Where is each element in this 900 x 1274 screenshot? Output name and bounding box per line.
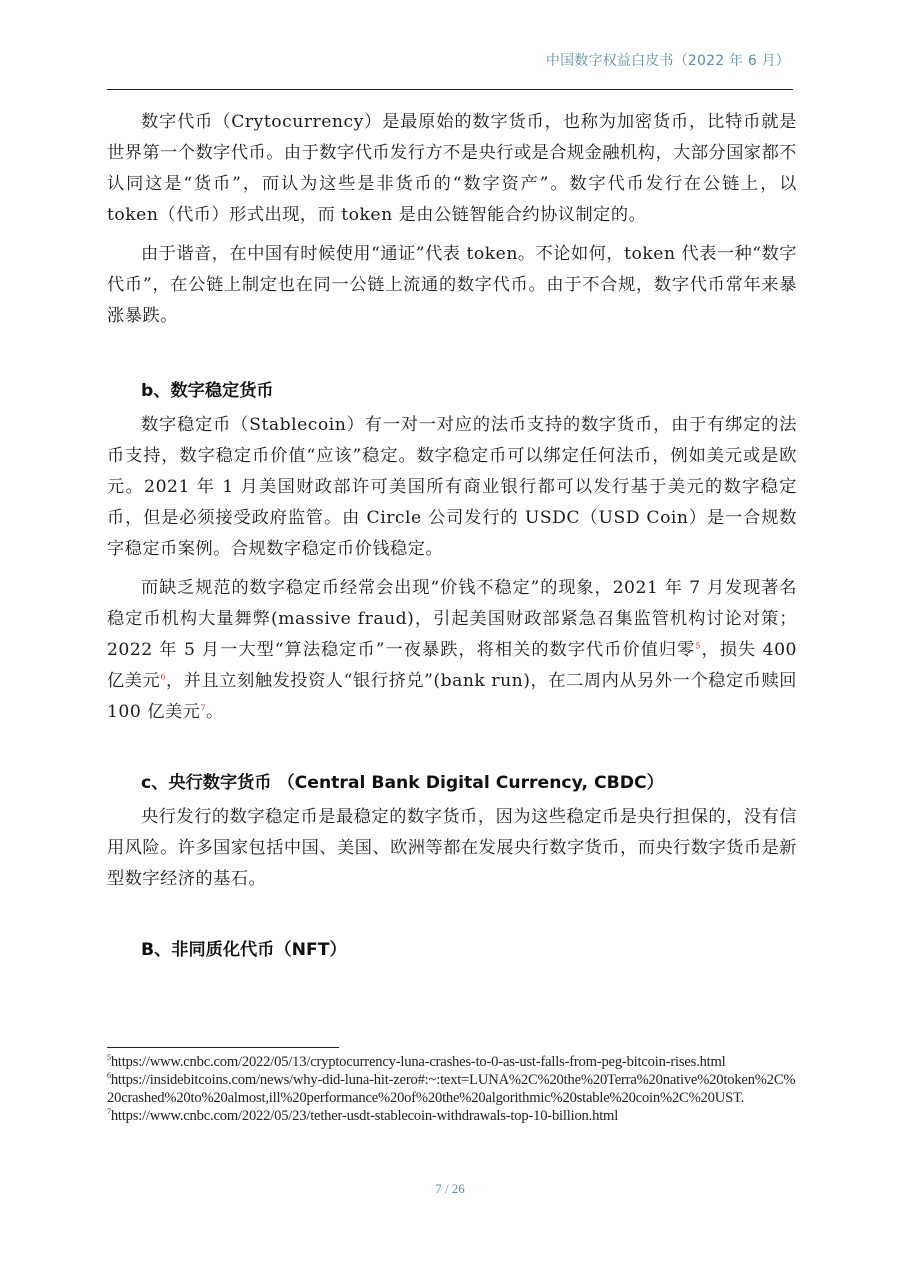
section-heading-cbdc: c、央行数字货币 （Central Bank Digital Currency,… — [107, 768, 797, 799]
paragraph-crypto-token: 由于谐音，在中国有时候使用“通证”代表 token。不论如何，token 代表一… — [107, 239, 797, 332]
footnote-5: 5https://www.cnbc.com/2022/05/13/cryptoc… — [107, 1053, 797, 1071]
header-divider — [107, 89, 793, 90]
page-number: 7 / 26 — [0, 1181, 900, 1197]
paragraph-crypto-definition: 数字代币（Crytocurrency）是最原始的数字货币，也称为加密货币，比特币… — [107, 107, 797, 231]
document-header-title: 中国数字权益白皮书（2022 年 6 月） — [546, 50, 790, 70]
section-heading-nft: B、非同质化代币（NFT） — [107, 935, 797, 966]
section-heading-stablecoin: b、数字稳定货币 — [107, 376, 797, 407]
footnotes: 5https://www.cnbc.com/2022/05/13/cryptoc… — [107, 1053, 797, 1125]
page-body: 数字代币（Crytocurrency）是最原始的数字货币，也称为加密货币，比特币… — [107, 107, 797, 966]
paragraph-text: 。 — [206, 702, 224, 722]
footnote-6: 6https://insidebitcoins.com/news/why-did… — [107, 1071, 797, 1107]
footnote-link[interactable]: https://insidebitcoins.com/news/why-did-… — [107, 1072, 795, 1106]
footnote-link[interactable]: https://www.cnbc.com/2022/05/13/cryptocu… — [111, 1054, 726, 1070]
footnote-7: 7https://www.cnbc.com/2022/05/23/tether-… — [107, 1107, 797, 1125]
footnote-divider — [107, 1047, 339, 1048]
paragraph-cbdc: 央行发行的数字稳定币是最稳定的数字货币，因为这些稳定币是央行担保的，没有信用风险… — [107, 802, 797, 895]
paragraph-text: 而缺乏规范的数字稳定币经常会出现“价钱不稳定”的现象，2021 年 7 月发现著… — [107, 578, 797, 660]
paragraph-stablecoin-definition: 数字稳定币（Stablecoin）有一对一对应的法币支持的数字货币，由于有绑定的… — [107, 410, 797, 565]
paragraph-stablecoin-instability: 而缺乏规范的数字稳定币经常会出现“价钱不稳定”的现象，2021 年 7 月发现著… — [107, 573, 797, 728]
footnote-link[interactable]: https://www.cnbc.com/2022/05/23/tether-u… — [111, 1108, 618, 1124]
